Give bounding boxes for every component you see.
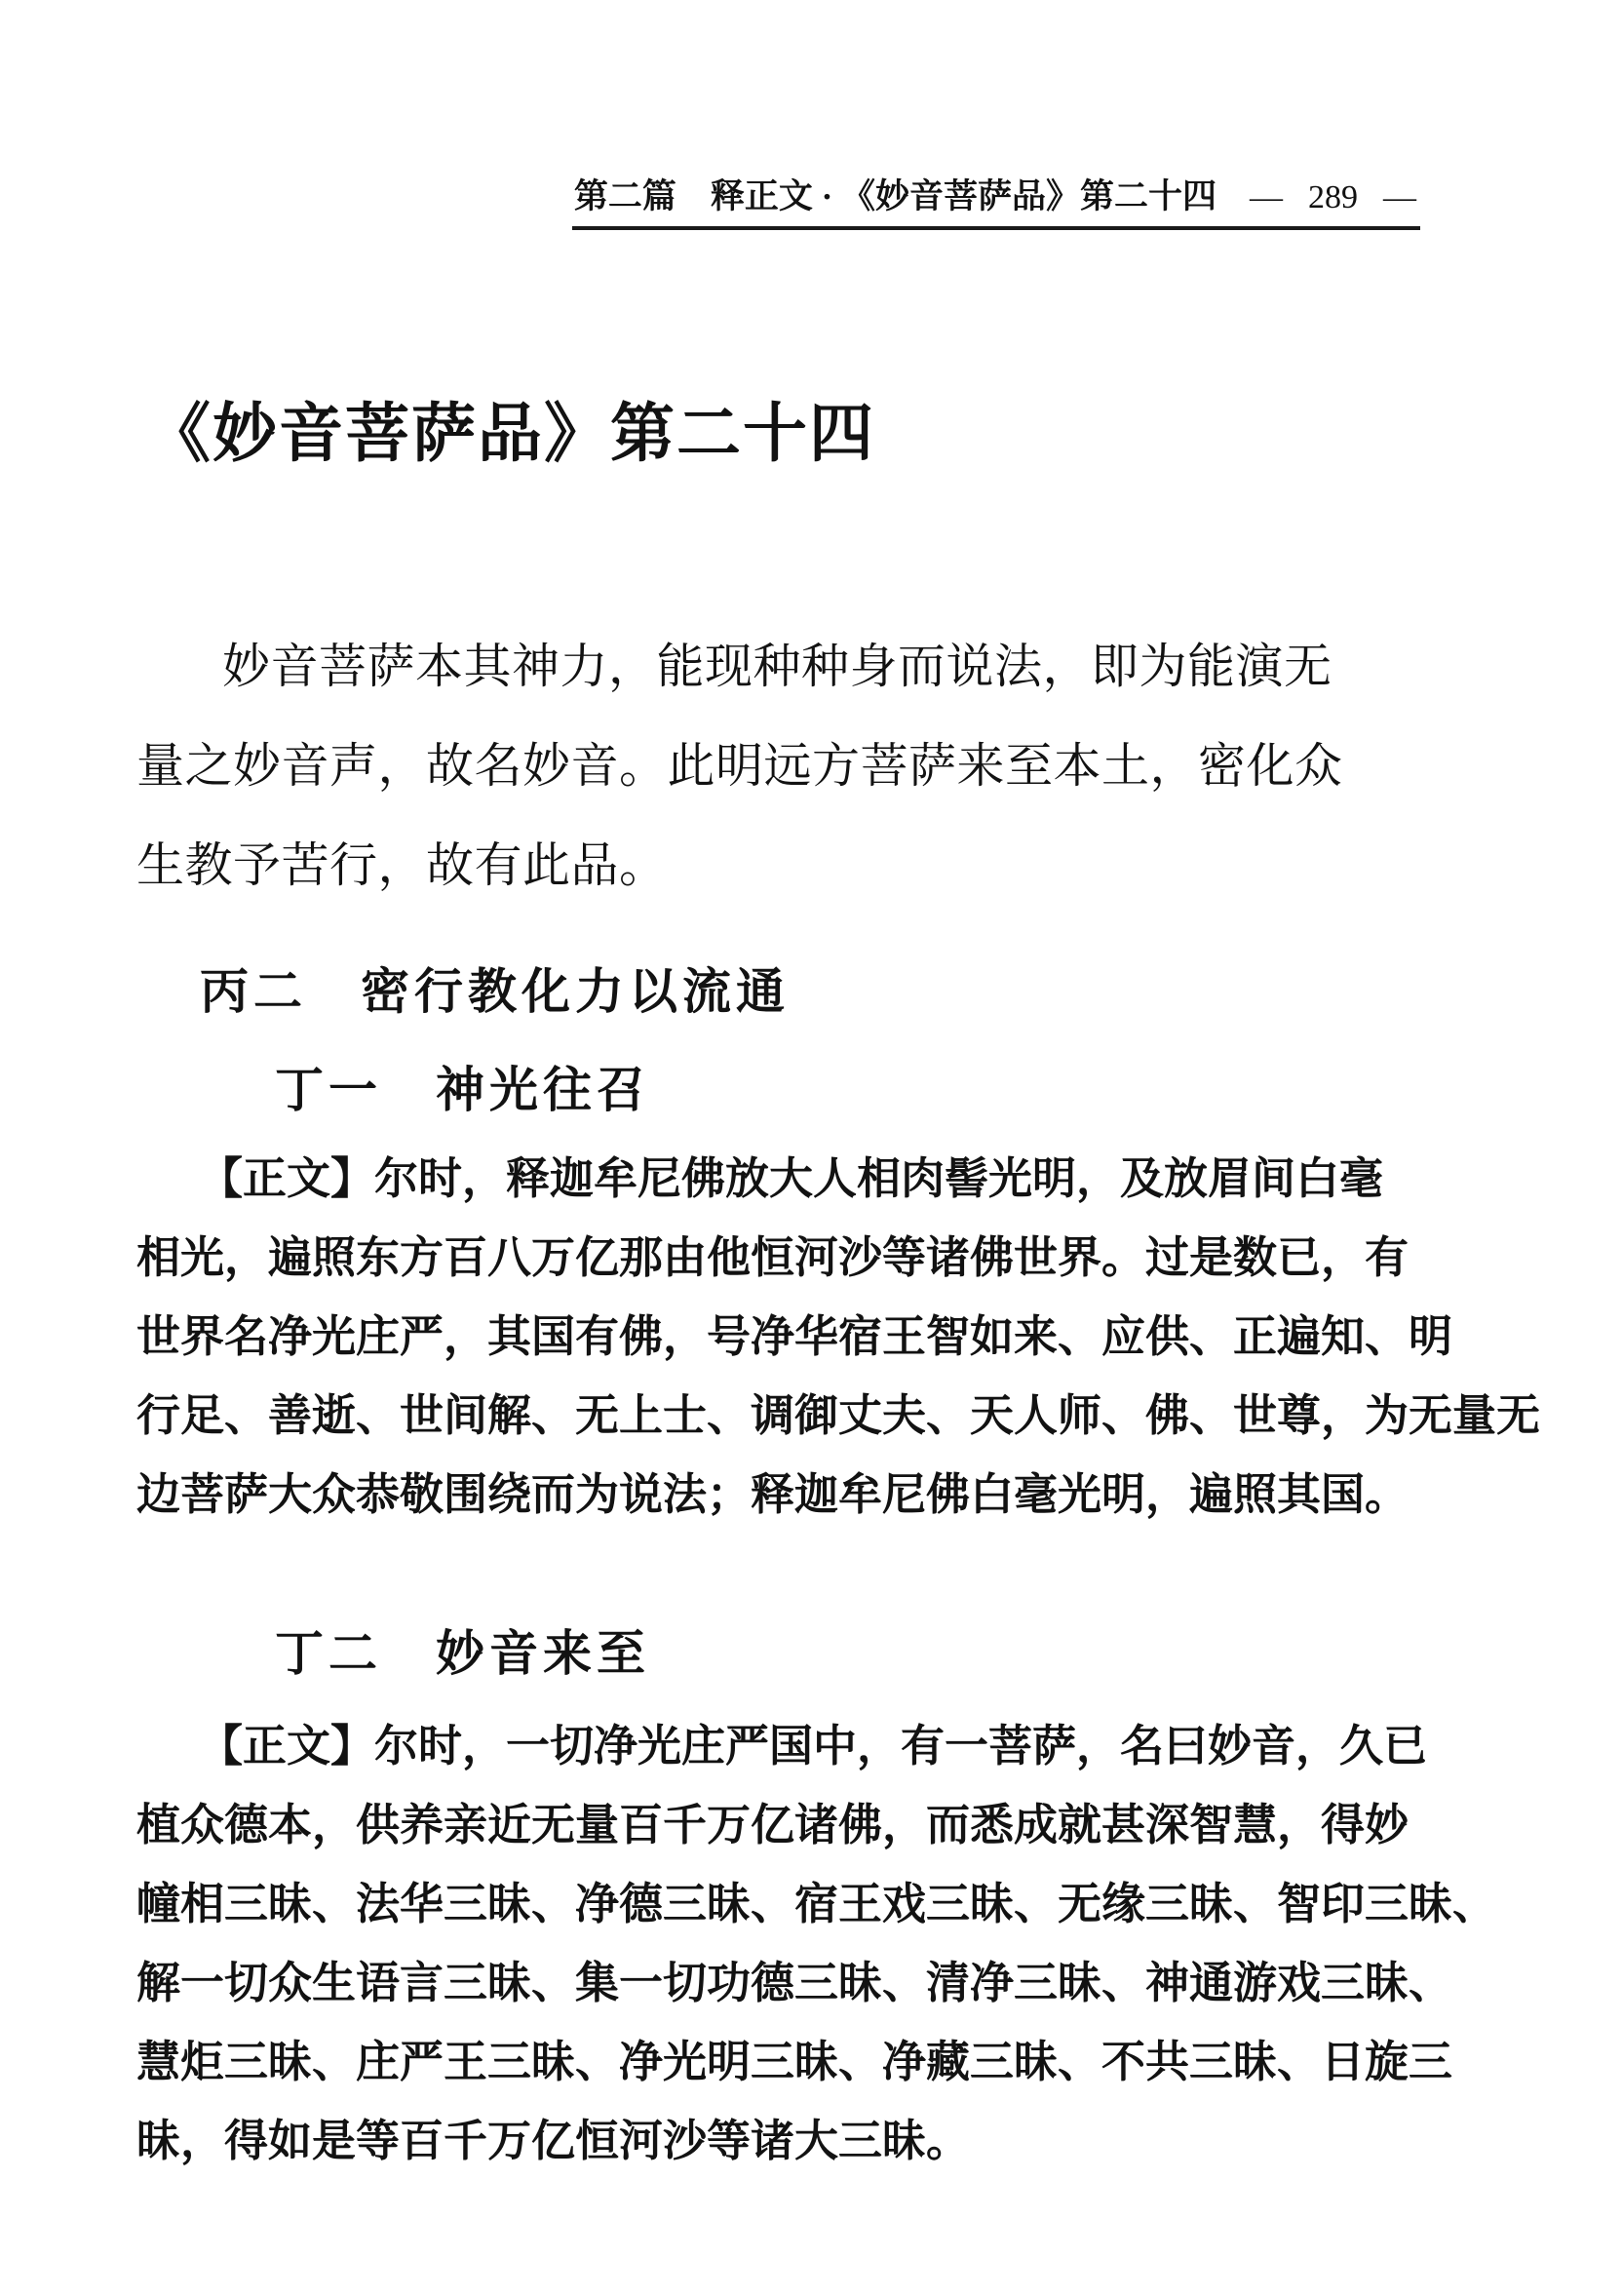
section-heading-ding-er: 丁二 妙音来至 [0,1626,1622,1681]
scripture-line: 行足、善逝、世间解、无上士、调御丈夫、天人师、佛、世尊，为无量无 [136,1376,1487,1455]
paragraph-line: 量之妙音声，故名妙音。此明远方菩萨来至本土，密化众 [136,717,1486,816]
scripture-line: 幢相三昧、法华三昧、净德三昧、宿王戏三昧、无缘三昧、智印三昧、 [136,1864,1487,1943]
book-page: 第二篇 释正文 · 《妙音菩萨品》第二十四 — 289 — 《妙音菩萨品》第二十… [0,0,1622,2296]
scripture-line: 边菩萨大众恭敬围绕而为说法；释迦牟尼佛白毫光明，遍照其国。 [136,1455,1487,1534]
scripture-line: 昧，得如是等百千万亿恒河沙等诸大三昧。 [136,2101,1487,2180]
scripture-line: 【正文】尔时，释迦牟尼佛放大人相肉髻光明，及放眉间白毫 [136,1139,1487,1218]
page-header: 第二篇 释正文 · 《妙音菩萨品》第二十四 — 289 — [0,0,1622,230]
paragraph-line: 妙音菩萨本其神力，能现种种身而说法，即为能演无 [136,617,1486,717]
scripture-line: 【正文】尔时，一切净光庄严国中，有一菩萨，名曰妙音，久已 [136,1706,1487,1785]
scripture-line: 解一切众生语言三昧、集一切功德三昧、清净三昧、神通游戏三昧、 [136,1943,1487,2022]
paragraph-line: 生教予苦行，故有此品。 [136,816,1486,915]
scripture-line: 相光，遍照东方百八万亿那由他恒河沙等诸佛世界。过是数已，有 [136,1218,1487,1297]
section-heading-ding-yi: 丁一 神光往召 [0,1063,1622,1117]
section-heading-bing-er: 丙二 密行教化力以流通 [0,964,1622,1019]
scripture-line: 慧炬三昧、庄严王三昧、净光明三昧、净藏三昧、不共三昧、日旋三 [136,2022,1487,2101]
scripture-paragraph-1: 【正文】尔时，释迦牟尼佛放大人相肉髻光明，及放眉间白毫 相光，遍照东方百八万亿那… [0,1139,1622,1534]
scripture-paragraph-2: 【正文】尔时，一切净光庄严国中，有一菩萨，名曰妙音，久已 植众德本，供养亲近无量… [0,1706,1622,2180]
page-number-dash-left: — [1250,178,1283,217]
page-number: 289 [1308,178,1358,217]
intro-paragraph: 妙音菩萨本其神力，能现种种身而说法，即为能演无 量之妙音声，故名妙音。此明远方菩… [0,617,1622,915]
running-head-title: 第二篇 释正文 · 《妙音菩萨品》第二十四 [574,177,1216,216]
scripture-line: 世界名净光庄严，其国有佛，号净华宿王智如来、应供、正遍知、明 [136,1297,1487,1376]
running-head: 第二篇 释正文 · 《妙音菩萨品》第二十四 — 289 — [572,177,1420,230]
chapter-title: 《妙音菩萨品》第二十四 [0,401,1622,469]
page-number-dash-right: — [1383,178,1416,217]
page-number-group: — 289 — [1250,178,1416,217]
scripture-line: 植众德本，供养亲近无量百千万亿诸佛，而悉成就甚深智慧，得妙 [136,1785,1487,1864]
